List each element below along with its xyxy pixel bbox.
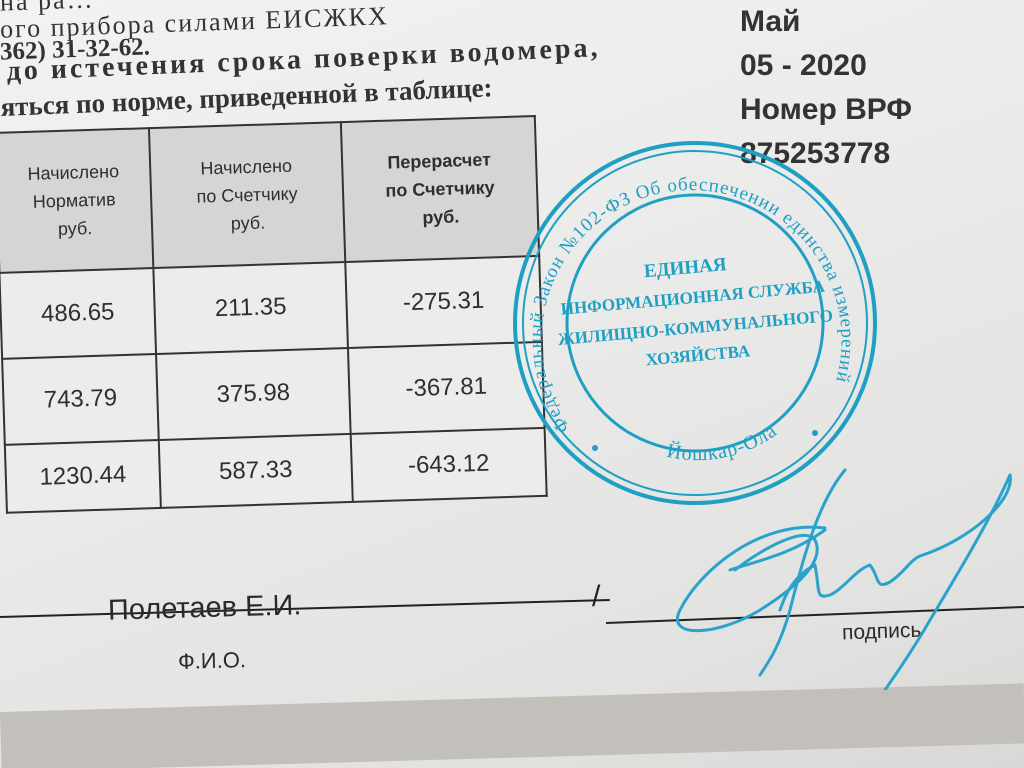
background-surface	[0, 683, 1024, 768]
charges-table: Начислено Норматив руб. Начислено по Сче…	[0, 115, 548, 514]
table-header-row: Начислено Норматив руб. Начислено по Сче…	[0, 116, 539, 273]
period-date: 05 - 2020	[740, 44, 912, 88]
period-month: Май	[740, 0, 912, 44]
cell-meter: 211.35	[153, 262, 348, 354]
table-row: 486.65 211.35 -275.31	[0, 256, 542, 359]
fio-label: Ф.И.О.	[178, 647, 247, 675]
handwritten-signature	[640, 460, 1024, 690]
stamp-city: Йошкар-Ола	[665, 419, 781, 465]
cell-normative: 1230.44	[5, 440, 161, 513]
cell-meter: 587.33	[159, 434, 353, 508]
stamp-line-4: ХОЗЯЙСТВА	[645, 341, 752, 369]
stamp-line-1: ЕДИНАЯ	[643, 254, 728, 282]
fio-underline	[0, 599, 610, 618]
separator-slash: /	[592, 580, 600, 614]
signer-name: Полетаев Е.И.	[108, 589, 302, 627]
svg-text:Йошкар-Ола: Йошкар-Ола	[665, 419, 781, 465]
cell-normative: 743.79	[2, 354, 159, 445]
cell-normative: 486.65	[0, 268, 156, 359]
vrf-label: Номер ВРФ	[740, 88, 912, 132]
column-header-meter: Начислено по Счетчику руб.	[149, 122, 345, 268]
table-row: 743.79 375.98 -367.81	[2, 342, 544, 445]
cell-meter: 375.98	[156, 348, 351, 440]
column-header-normative: Начислено Норматив руб.	[0, 128, 153, 273]
document-page: на ра… ого прибора силами ЕИСЖКХ 362) 31…	[0, 0, 1024, 768]
